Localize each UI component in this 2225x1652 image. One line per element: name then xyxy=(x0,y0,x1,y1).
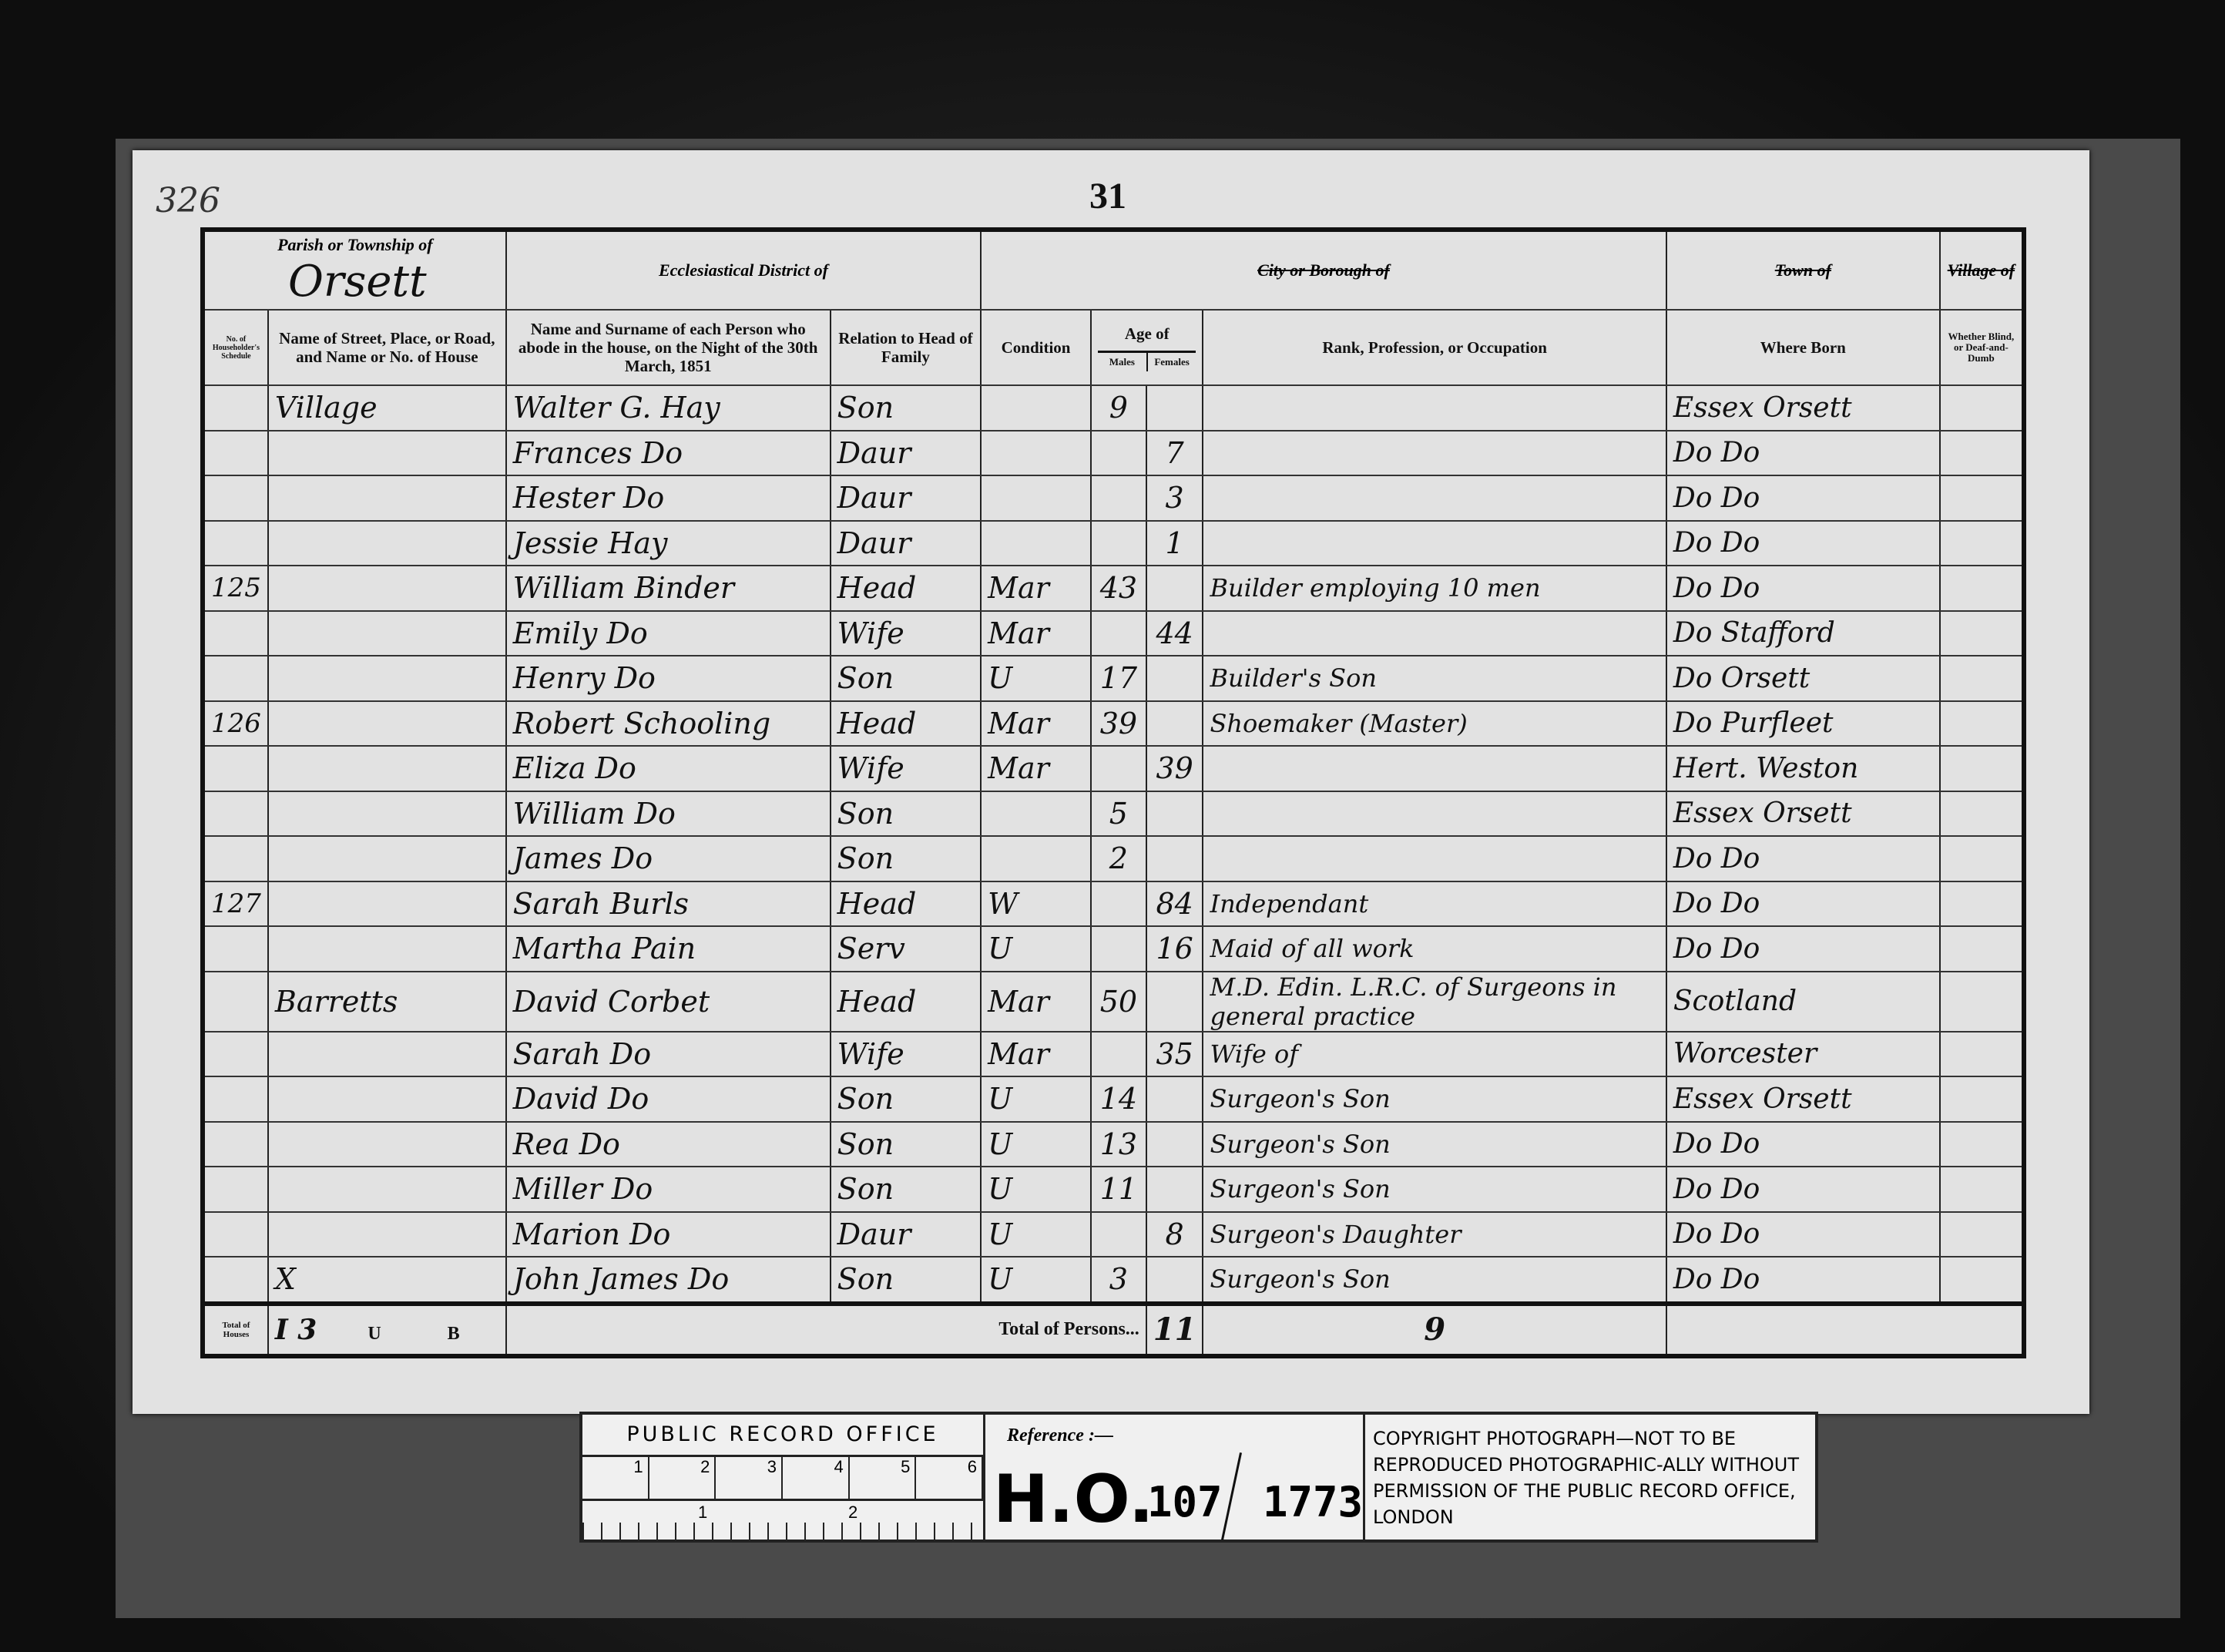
ecclesiastical-label: Ecclesiastical District of xyxy=(513,260,974,280)
table-row: Jessie HayDaur1Do Do xyxy=(203,521,2024,566)
occupation xyxy=(1203,836,1666,881)
condition: Mar xyxy=(981,746,1091,791)
houses-building: B xyxy=(448,1324,460,1344)
relation: Son xyxy=(831,1122,981,1167)
age-male: 43 xyxy=(1091,566,1146,611)
schedule-number xyxy=(203,836,268,881)
relation: Head xyxy=(831,972,981,1032)
ruler-cm-mark: 5 xyxy=(850,1457,917,1499)
birthplace: Do Do xyxy=(1666,431,1940,476)
blind-deaf xyxy=(1940,475,2024,521)
parish-label: Parish or Township of xyxy=(211,235,499,255)
schedule-number xyxy=(203,656,268,701)
occupation: Surgeon's Son xyxy=(1203,1257,1666,1304)
occupation: Surgeon's Daughter xyxy=(1203,1212,1666,1257)
occupation xyxy=(1203,746,1666,791)
table-row: 127Sarah BurlsHeadW84IndependantDo Do xyxy=(203,881,2024,927)
street-name xyxy=(268,566,506,611)
street-name xyxy=(268,1122,506,1167)
town-label: Town of xyxy=(1673,260,1933,280)
person-name: Rea Do xyxy=(506,1122,831,1167)
age-female: 84 xyxy=(1146,881,1203,927)
condition xyxy=(981,475,1091,521)
age-male: 3 xyxy=(1091,1257,1146,1304)
occupation xyxy=(1203,475,1666,521)
person-name: Hester Do xyxy=(506,475,831,521)
relation: Son xyxy=(831,836,981,881)
col-age-females: Females xyxy=(1148,353,1196,371)
occupation xyxy=(1203,385,1666,431)
birthplace: Do Purfleet xyxy=(1666,701,1940,747)
age-male: 13 xyxy=(1091,1122,1146,1167)
blind-deaf xyxy=(1940,431,2024,476)
blind-deaf xyxy=(1940,1167,2024,1212)
street-name xyxy=(268,746,506,791)
admin-header-row: Parish or Township of Orsett Ecclesiasti… xyxy=(203,230,2024,310)
occupation: Shoemaker (Master) xyxy=(1203,701,1666,747)
table-row: Rea DoSonU13Surgeon's SonDo Do xyxy=(203,1122,2024,1167)
blind-deaf xyxy=(1940,1076,2024,1122)
totals-row: Total of Houses I 3 U B Total of Persons… xyxy=(203,1304,2024,1356)
schedule-number xyxy=(203,1032,268,1077)
ruler-inch-mark: 1 xyxy=(698,1503,707,1523)
occupation: Independant xyxy=(1203,881,1666,927)
table-row: Frances DoDaur7Do Do xyxy=(203,431,2024,476)
schedule-number xyxy=(203,431,268,476)
schedule-number xyxy=(203,385,268,431)
person-name: Robert Schooling xyxy=(506,701,831,747)
occupation xyxy=(1203,521,1666,566)
table-row: David DoSonU14Surgeon's SonEssex Orsett xyxy=(203,1076,2024,1122)
street-name: Village xyxy=(268,385,506,431)
reference-box: Reference :— H.O. 107 1773 xyxy=(985,1415,1365,1540)
schedule-number xyxy=(203,1212,268,1257)
record-office-title: PUBLIC RECORD OFFICE xyxy=(582,1415,983,1457)
reference-label: Reference :— xyxy=(1007,1425,1113,1446)
relation: Wife xyxy=(831,1032,981,1077)
age-female xyxy=(1146,1167,1203,1212)
condition: Mar xyxy=(981,972,1091,1032)
relation: Son xyxy=(831,656,981,701)
total-houses-values: I 3 U B xyxy=(268,1304,506,1356)
page-number: 31 xyxy=(1089,175,1126,217)
age-male: 2 xyxy=(1091,836,1146,881)
condition xyxy=(981,385,1091,431)
street-name xyxy=(268,656,506,701)
table-row: VillageWalter G. HaySon9Essex Orsett xyxy=(203,385,2024,431)
age-female: 8 xyxy=(1146,1212,1203,1257)
age-male: 11 xyxy=(1091,1167,1146,1212)
condition: U xyxy=(981,1076,1091,1122)
col-relation: Relation to Head of Family xyxy=(831,310,981,385)
condition: U xyxy=(981,1257,1091,1304)
age-male xyxy=(1091,611,1146,656)
table-row: BarrettsDavid CorbetHeadMar50M.D. Edin. … xyxy=(203,972,2024,1032)
col-street: Name of Street, Place, or Road, and Name… xyxy=(268,310,506,385)
relation: Head xyxy=(831,701,981,747)
ruler-inch-mark: 2 xyxy=(848,1503,857,1523)
total-houses-label: Total of Houses xyxy=(203,1304,268,1356)
age-female xyxy=(1146,1122,1203,1167)
ruler-cm-mark: 2 xyxy=(649,1457,716,1499)
schedule-number xyxy=(203,611,268,656)
person-name: Martha Pain xyxy=(506,926,831,972)
record-office-ruler: PUBLIC RECORD OFFICE 123456 12 xyxy=(582,1415,985,1540)
age-male: 9 xyxy=(1091,385,1146,431)
table-row: Marion DoDaurU8Surgeon's DaughterDo Do xyxy=(203,1212,2024,1257)
reference-strip: PUBLIC RECORD OFFICE 123456 12 Reference… xyxy=(579,1412,1818,1543)
village-cell: Village of xyxy=(1940,230,2024,310)
condition: U xyxy=(981,926,1091,972)
parish-cell: Parish or Township of Orsett xyxy=(203,230,506,310)
condition: Mar xyxy=(981,566,1091,611)
street-name xyxy=(268,881,506,927)
age-male: 50 xyxy=(1091,972,1146,1032)
birthplace: Scotland xyxy=(1666,972,1940,1032)
person-name: Sarah Do xyxy=(506,1032,831,1077)
ruler-cm-mark: 6 xyxy=(916,1457,983,1499)
age-female xyxy=(1146,656,1203,701)
person-name: Marion Do xyxy=(506,1212,831,1257)
table-row: 125William BinderHeadMar43Builder employ… xyxy=(203,566,2024,611)
blind-deaf xyxy=(1940,836,2024,881)
schedule-number xyxy=(203,926,268,972)
occupation: Maid of all work xyxy=(1203,926,1666,972)
schedule-number xyxy=(203,1076,268,1122)
age-male: 14 xyxy=(1091,1076,1146,1122)
census-rows: VillageWalter G. HaySon9Essex OrsettFran… xyxy=(203,385,2024,1304)
totals-blank xyxy=(1666,1304,2024,1356)
blind-deaf xyxy=(1940,881,2024,927)
occupation: Surgeon's Son xyxy=(1203,1167,1666,1212)
age-female: 7 xyxy=(1146,431,1203,476)
person-name: Miller Do xyxy=(506,1167,831,1212)
reference-series: H.O. xyxy=(993,1461,1154,1538)
schedule-number xyxy=(203,475,268,521)
blind-deaf xyxy=(1940,656,2024,701)
age-female xyxy=(1146,385,1203,431)
birthplace: Do Stafford xyxy=(1666,611,1940,656)
street-name xyxy=(268,611,506,656)
col-occupation: Rank, Profession, or Occupation xyxy=(1203,310,1666,385)
condition: Mar xyxy=(981,701,1091,747)
census-table: Parish or Township of Orsett Ecclesiasti… xyxy=(200,227,2026,1358)
relation: Daur xyxy=(831,521,981,566)
person-name: Walter G. Hay xyxy=(506,385,831,431)
age-female xyxy=(1146,836,1203,881)
age-female: 3 xyxy=(1146,475,1203,521)
age-female: 16 xyxy=(1146,926,1203,972)
age-female xyxy=(1146,791,1203,837)
blind-deaf xyxy=(1940,521,2024,566)
birthplace: Essex Orsett xyxy=(1666,1076,1940,1122)
condition xyxy=(981,836,1091,881)
birthplace: Hert. Weston xyxy=(1666,746,1940,791)
blind-deaf xyxy=(1940,1212,2024,1257)
col-blind: Whether Blind, or Deaf-and-Dumb xyxy=(1940,310,2024,385)
condition: U xyxy=(981,1167,1091,1212)
schedule-number: 126 xyxy=(203,701,268,747)
age-male xyxy=(1091,926,1146,972)
person-name: David Corbet xyxy=(506,972,831,1032)
birthplace: Do Do xyxy=(1666,475,1940,521)
ecclesiastical-cell: Ecclesiastical District of xyxy=(506,230,981,310)
condition: Mar xyxy=(981,611,1091,656)
relation: Son xyxy=(831,1257,981,1304)
schedule-number xyxy=(203,1167,268,1212)
col-name: Name and Surname of each Person who abod… xyxy=(506,310,831,385)
age-female: 44 xyxy=(1146,611,1203,656)
age-male: 5 xyxy=(1091,791,1146,837)
blind-deaf xyxy=(1940,701,2024,747)
reference-item: 1773 xyxy=(1263,1478,1363,1526)
age-female xyxy=(1146,566,1203,611)
occupation: Surgeon's Son xyxy=(1203,1076,1666,1122)
street-name xyxy=(268,1076,506,1122)
age-female: 35 xyxy=(1146,1032,1203,1077)
person-name: Jessie Hay xyxy=(506,521,831,566)
age-male xyxy=(1091,475,1146,521)
street-name xyxy=(268,701,506,747)
col-age-males: Males xyxy=(1098,353,1148,371)
birthplace: Do Do xyxy=(1666,926,1940,972)
birthplace: Do Do xyxy=(1666,836,1940,881)
relation: Wife xyxy=(831,746,981,791)
occupation xyxy=(1203,431,1666,476)
occupation xyxy=(1203,611,1666,656)
birthplace: Do Do xyxy=(1666,1212,1940,1257)
census-page: 326 31 Parish or Township of Orsett Eccl… xyxy=(133,150,2089,1414)
age-female: 39 xyxy=(1146,746,1203,791)
occupation xyxy=(1203,791,1666,837)
condition xyxy=(981,431,1091,476)
table-row: Henry DoSonU17Builder's SonDo Orsett xyxy=(203,656,2024,701)
col-born: Where Born xyxy=(1666,310,1940,385)
reference-slash xyxy=(1221,1452,1242,1540)
condition: U xyxy=(981,656,1091,701)
schedule-number xyxy=(203,521,268,566)
birthplace: Do Do xyxy=(1666,521,1940,566)
total-males: 11 xyxy=(1146,1304,1203,1356)
street-name xyxy=(268,791,506,837)
relation: Wife xyxy=(831,611,981,656)
schedule-number xyxy=(203,972,268,1032)
birthplace: Do Do xyxy=(1666,566,1940,611)
person-name: James Do xyxy=(506,836,831,881)
age-female xyxy=(1146,1076,1203,1122)
table-row: William DoSon5Essex Orsett xyxy=(203,791,2024,837)
age-male xyxy=(1091,881,1146,927)
blind-deaf xyxy=(1940,385,2024,431)
blind-deaf xyxy=(1940,746,2024,791)
street-name: Barretts xyxy=(268,972,506,1032)
folio-stamp: 326 xyxy=(156,181,220,220)
blind-deaf xyxy=(1940,1122,2024,1167)
town-cell: Town of xyxy=(1666,230,1940,310)
birthplace: Worcester xyxy=(1666,1032,1940,1077)
condition: W xyxy=(981,881,1091,927)
relation: Head xyxy=(831,881,981,927)
birthplace: Do Do xyxy=(1666,881,1940,927)
schedule-number xyxy=(203,746,268,791)
relation: Daur xyxy=(831,1212,981,1257)
street-name xyxy=(268,1167,506,1212)
occupation: M.D. Edin. L.R.C. of Surgeons in general… xyxy=(1203,972,1666,1032)
scale-ruler: 123456 12 xyxy=(582,1457,983,1540)
street-name xyxy=(268,431,506,476)
street-name xyxy=(268,475,506,521)
table-row: XJohn James DoSonU3Surgeon's SonDo Do xyxy=(203,1257,2024,1304)
blind-deaf xyxy=(1940,611,2024,656)
blind-deaf xyxy=(1940,972,2024,1032)
table-row: Emily DoWifeMar44Do Stafford xyxy=(203,611,2024,656)
col-condition: Condition xyxy=(981,310,1091,385)
occupation: Builder employing 10 men xyxy=(1203,566,1666,611)
table-row: Martha PainServU16Maid of all workDo Do xyxy=(203,926,2024,972)
schedule-number xyxy=(203,791,268,837)
street-name xyxy=(268,521,506,566)
birthplace: Essex Orsett xyxy=(1666,385,1940,431)
schedule-number: 127 xyxy=(203,881,268,927)
occupation: Builder's Son xyxy=(1203,656,1666,701)
schedule-number xyxy=(203,1257,268,1304)
occupation: Wife of xyxy=(1203,1032,1666,1077)
condition: U xyxy=(981,1122,1091,1167)
person-name: Henry Do xyxy=(506,656,831,701)
relation: Son xyxy=(831,791,981,837)
street-name: X xyxy=(268,1257,506,1304)
column-header-row: No. of Householder's Schedule Name of St… xyxy=(203,310,2024,385)
col-age: Age of Males Females xyxy=(1091,310,1203,385)
total-females: 9 xyxy=(1203,1304,1666,1356)
age-male xyxy=(1091,1212,1146,1257)
age-male xyxy=(1091,1032,1146,1077)
person-name: William Do xyxy=(506,791,831,837)
houses-uninhabited: U xyxy=(367,1324,381,1344)
age-female: 1 xyxy=(1146,521,1203,566)
age-male xyxy=(1091,431,1146,476)
ruler-cm-mark: 1 xyxy=(582,1457,649,1499)
birthplace: Essex Orsett xyxy=(1666,791,1940,837)
table-row: Eliza DoWifeMar39Hert. Weston xyxy=(203,746,2024,791)
schedule-number xyxy=(203,1122,268,1167)
birthplace: Do Orsett xyxy=(1666,656,1940,701)
relation: Serv xyxy=(831,926,981,972)
col-schedule: No. of Householder's Schedule xyxy=(203,310,268,385)
table-row: 126Robert SchoolingHeadMar39Shoemaker (M… xyxy=(203,701,2024,747)
birthplace: Do Do xyxy=(1666,1257,1940,1304)
birthplace: Do Do xyxy=(1666,1167,1940,1212)
occupation: Surgeon's Son xyxy=(1203,1122,1666,1167)
houses-inhabited: I 3 xyxy=(275,1314,317,1346)
relation: Daur xyxy=(831,431,981,476)
person-name: Eliza Do xyxy=(506,746,831,791)
village-label: Village of xyxy=(1947,260,2015,280)
relation: Son xyxy=(831,385,981,431)
table-row: Miller DoSonU11Surgeon's SonDo Do xyxy=(203,1167,2024,1212)
person-name: William Binder xyxy=(506,566,831,611)
age-male xyxy=(1091,746,1146,791)
street-name xyxy=(268,836,506,881)
condition xyxy=(981,791,1091,837)
birthplace: Do Do xyxy=(1666,1122,1940,1167)
blind-deaf xyxy=(1940,926,2024,972)
relation: Daur xyxy=(831,475,981,521)
street-name xyxy=(268,1032,506,1077)
blind-deaf xyxy=(1940,791,2024,837)
blind-deaf xyxy=(1940,1257,2024,1304)
parish-value: Orsett xyxy=(288,257,499,307)
condition xyxy=(981,521,1091,566)
city-label: City or Borough of xyxy=(988,260,1660,280)
age-female xyxy=(1146,972,1203,1032)
age-male: 39 xyxy=(1091,701,1146,747)
reference-piece: 107 xyxy=(1147,1478,1223,1526)
ruler-cm-mark: 4 xyxy=(783,1457,850,1499)
ruler-inch-scale: 12 xyxy=(582,1501,983,1540)
total-persons-label: Total of Persons... xyxy=(506,1304,1146,1356)
schedule-number: 125 xyxy=(203,566,268,611)
blind-deaf xyxy=(1940,1032,2024,1077)
street-name xyxy=(268,926,506,972)
person-name: Emily Do xyxy=(506,611,831,656)
table-row: James DoSon2Do Do xyxy=(203,836,2024,881)
person-name: Sarah Burls xyxy=(506,881,831,927)
relation: Head xyxy=(831,566,981,611)
relation: Son xyxy=(831,1076,981,1122)
age-male xyxy=(1091,521,1146,566)
table-row: Hester DoDaur3Do Do xyxy=(203,475,2024,521)
city-cell: City or Borough of xyxy=(981,230,1666,310)
col-age-label: Age of xyxy=(1098,324,1196,343)
condition: Mar xyxy=(981,1032,1091,1077)
copyright-notice: COPYRIGHT PHOTOGRAPH—NOT TO BE REPRODUCE… xyxy=(1365,1415,1815,1540)
relation: Son xyxy=(831,1167,981,1212)
age-female xyxy=(1146,701,1203,747)
person-name: David Do xyxy=(506,1076,831,1122)
person-name: John James Do xyxy=(506,1257,831,1304)
street-name xyxy=(268,1212,506,1257)
condition: U xyxy=(981,1212,1091,1257)
blind-deaf xyxy=(1940,566,2024,611)
ruler-cm-scale: 123456 xyxy=(582,1457,983,1501)
age-female xyxy=(1146,1257,1203,1304)
person-name: Frances Do xyxy=(506,431,831,476)
age-male: 17 xyxy=(1091,656,1146,701)
table-row: Sarah DoWifeMar35Wife ofWorcester xyxy=(203,1032,2024,1077)
ruler-cm-mark: 3 xyxy=(716,1457,783,1499)
